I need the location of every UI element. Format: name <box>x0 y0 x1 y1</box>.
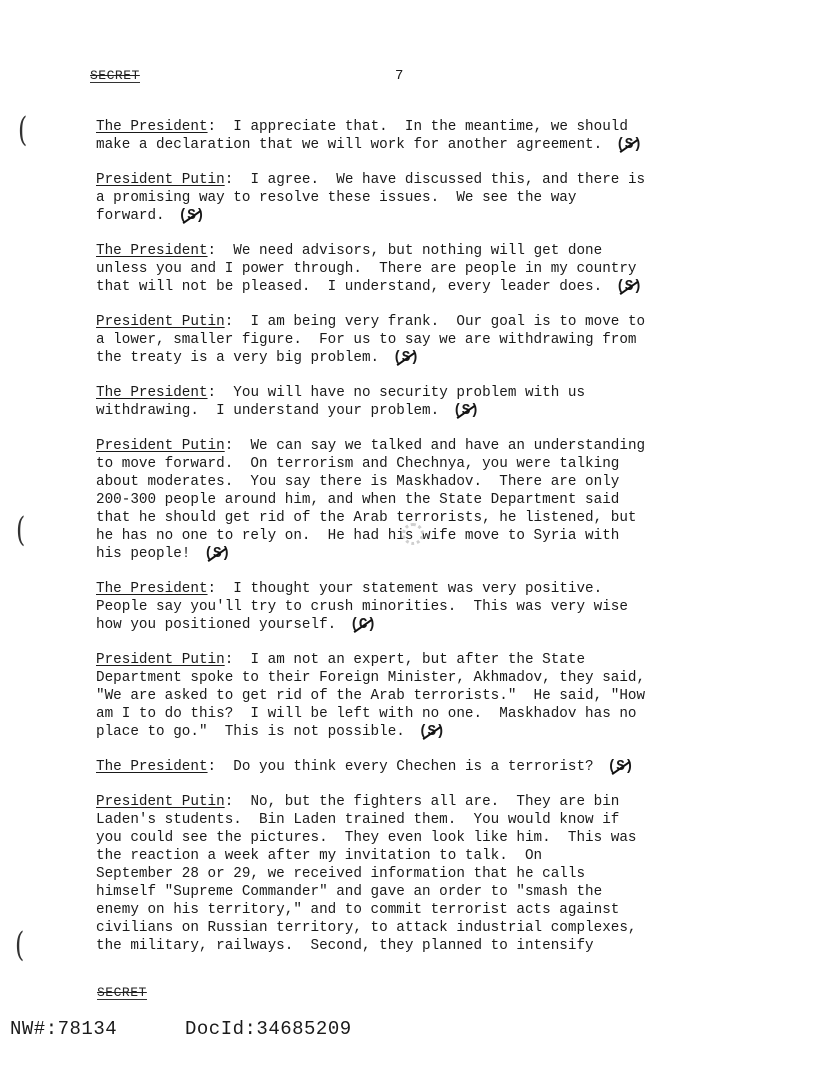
speaker-label: President Putin <box>96 794 225 810</box>
classification-footer: SECRET <box>97 987 147 1000</box>
margin-bracket-mark: ( <box>16 510 25 550</box>
classification-marking: (S) <box>616 278 642 296</box>
classification-marking: (S) <box>204 545 230 563</box>
dialogue-paragraph: President Putin: We can say we talked an… <box>96 437 716 563</box>
speaker-label: President Putin <box>96 172 225 188</box>
dialogue-paragraph: President Putin: I am being very frank. … <box>96 313 716 367</box>
margin-bracket-mark: ( <box>18 110 27 150</box>
page-number: 7 <box>395 68 403 84</box>
speaker-label: The President <box>96 385 208 401</box>
dialogue-paragraph: President Putin: I am not an expert, but… <box>96 651 716 741</box>
loading-spinner-icon <box>402 523 424 545</box>
doc-id: DocId:34685209 <box>185 1018 352 1040</box>
paragraph-text: We can say we talked and have an underst… <box>96 438 645 562</box>
classification-marking: (S) <box>419 723 445 741</box>
dialogue-paragraph: The President: I appreciate that. In the… <box>96 118 716 154</box>
speaker-label: The President <box>96 243 208 259</box>
margin-bracket-mark: ( <box>15 925 24 965</box>
speaker-label: President Putin <box>96 438 225 454</box>
paragraph-text: Do you think every Chechen is a terroris… <box>216 759 594 775</box>
document-page: SECRET 7 ( ( ( The President: I apprecia… <box>0 0 828 1075</box>
speaker-label: The President <box>96 759 208 775</box>
speaker-label: President Putin <box>96 314 225 330</box>
dialogue-paragraph: President Putin: No, but the fighters al… <box>96 793 716 955</box>
paragraph-text: No, but the fighters all are. They are b… <box>96 794 637 954</box>
memo-body: The President: I appreciate that. In the… <box>96 118 716 972</box>
speaker-label: The President <box>96 581 208 597</box>
speaker-label: President Putin <box>96 652 225 668</box>
nw-number: NW#:78134 <box>10 1018 185 1040</box>
dialogue-paragraph: The President: We need advisors, but not… <box>96 242 716 296</box>
dialogue-paragraph: The President: Do you think every Cheche… <box>96 758 716 776</box>
classification-marking: (S) <box>179 207 205 225</box>
dialogue-paragraph: The President: You will have no security… <box>96 384 716 420</box>
dialogue-paragraph: The President: I thought your statement … <box>96 580 716 634</box>
classification-header: SECRET <box>90 70 140 83</box>
document-identifiers: NW#:78134DocId:34685209 <box>10 1018 352 1040</box>
classification-marking: (C) <box>350 616 376 634</box>
classification-marking: (S) <box>616 136 642 154</box>
speaker-label: The President <box>96 119 208 135</box>
classification-marking: (S) <box>453 402 479 420</box>
dialogue-paragraph: President Putin: I agree. We have discus… <box>96 171 716 225</box>
classification-marking: (S) <box>608 758 634 776</box>
classification-marking: (S) <box>393 349 419 367</box>
